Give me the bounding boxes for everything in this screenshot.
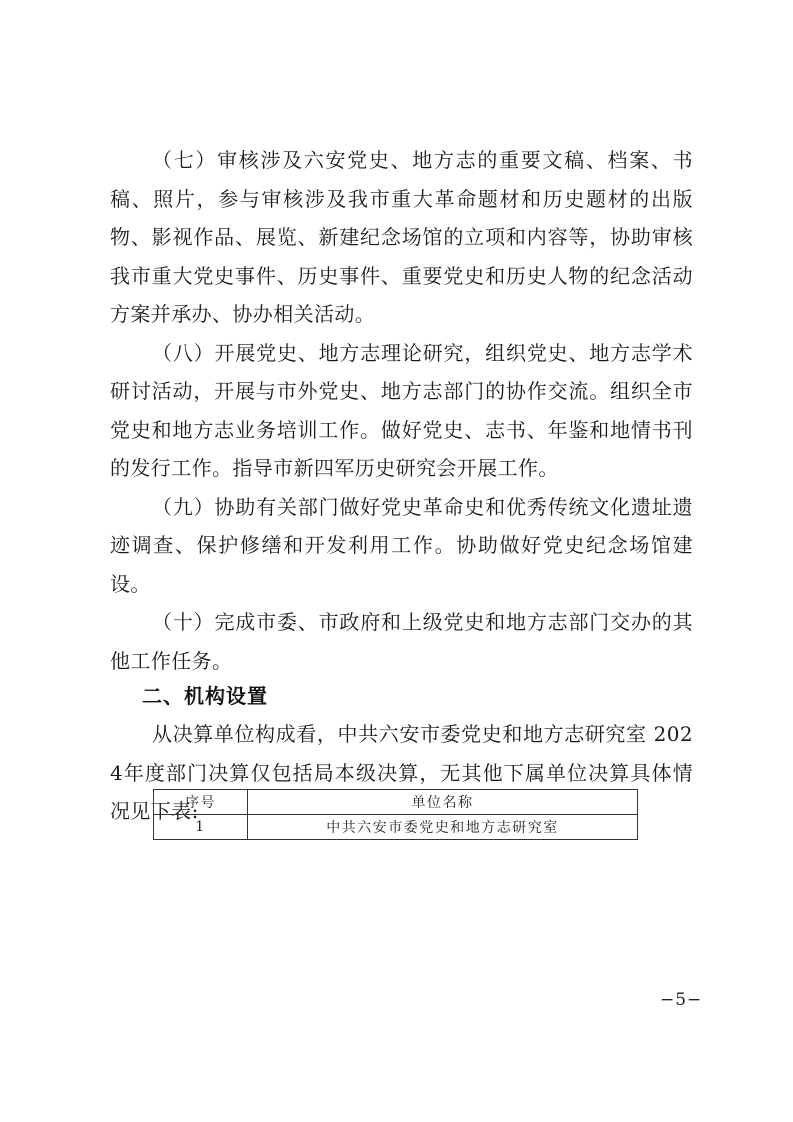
page-content: （七）审核涉及六安党史、地方志的重要文稿、档案、书稿、照片，参与审核涉及我市重大… [110, 141, 693, 831]
table-row: 1 中共六安市委党史和地方志研究室 [154, 815, 638, 840]
cell-index: 1 [154, 815, 248, 840]
table-header-row: 序号 单位名称 [154, 790, 638, 815]
paragraph-item-7: （七）审核涉及六安党史、地方志的重要文稿、档案、书稿、照片，参与审核涉及我市重大… [110, 141, 693, 334]
column-header-index: 序号 [154, 790, 248, 815]
cell-unit-name: 中共六安市委党史和地方志研究室 [248, 815, 638, 840]
section-heading-wrap: 二、机构设置 [110, 679, 693, 715]
units-table: 序号 单位名称 1 中共六安市委党史和地方志研究室 [153, 789, 638, 840]
paragraph-item-9: （九）协助有关部门做好党史革命史和优秀传统文化遗址遗迹调查、保护修缮和开发利用工… [110, 488, 693, 604]
section-heading: 二、机构设置 [110, 679, 693, 713]
paragraph-item-10: （十）完成市委、市政府和上级党史和地方志部门交办的其他工作任务。 [110, 603, 693, 680]
column-header-unit-name: 单位名称 [248, 790, 638, 815]
paragraph-item-8: （八）开展党史、地方志理论研究，组织党史、地方志学术研讨活动，开展与市外党史、地… [110, 334, 693, 488]
document-page: （七）审核涉及六安党史、地方志的重要文稿、档案、书稿、照片，参与审核涉及我市重大… [0, 0, 793, 1122]
page-number: −5− [660, 990, 702, 1010]
units-table-wrap: 序号 单位名称 1 中共六安市委党史和地方志研究室 [153, 789, 637, 840]
